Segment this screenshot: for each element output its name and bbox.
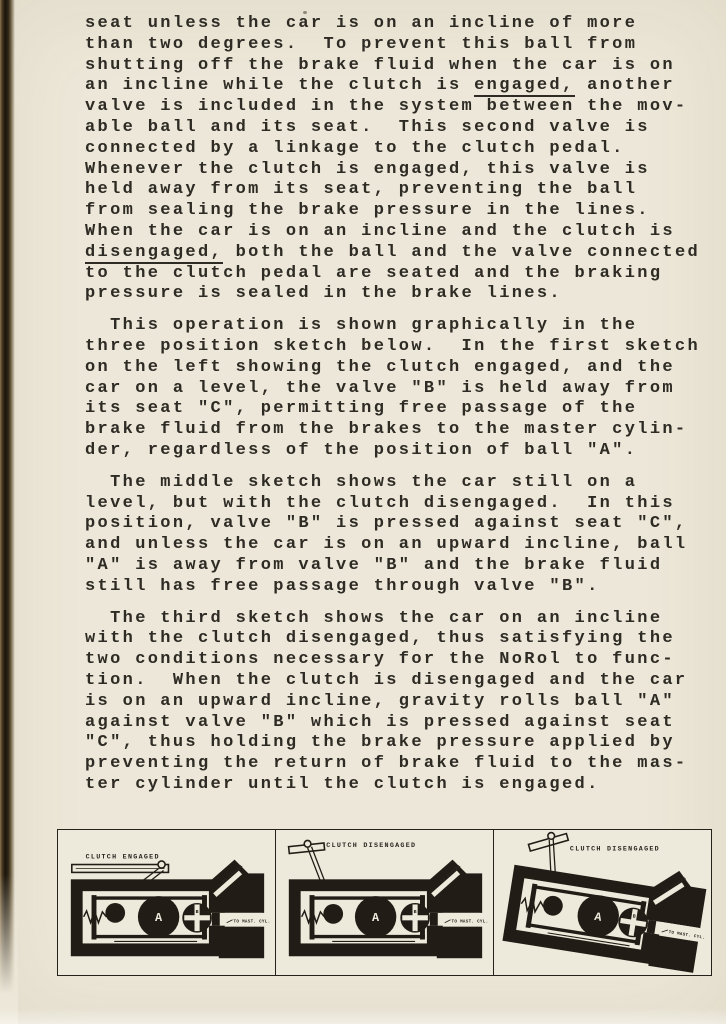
text-line: valve is included in the system between … [85,97,717,118]
text-line: ter cylinder until the clutch is engaged… [85,775,717,796]
paragraph: This operation is shown graphically in t… [85,316,717,462]
text-line: brake fluid from the brakes to the maste… [85,420,717,441]
text-line: on the left showing the clutch engaged, … [85,358,717,379]
panel-caption: CLUTCH ENGAGED [86,854,160,862]
panel-caption: CLUTCH DISENGAGED [570,846,660,854]
text-line: "A" is away from valve "B" and the brake… [85,556,717,577]
text-block: seat unless the car is on an incline of … [85,14,717,807]
svg-text:A: A [155,911,163,925]
to-master-cylinder-label: TO MAST. CYL. [234,920,271,925]
svg-text:B: B [196,909,199,915]
text-line: is on an upward incline, gravity rolls b… [85,692,717,713]
svg-text:A: A [372,911,380,925]
text-line: three position sketch below. In the firs… [85,337,717,358]
svg-text:B: B [414,909,417,915]
binding-edge [0,0,15,1024]
text-line: from sealing the brake pressure in the l… [85,201,717,222]
text-line: "C", thus holding the brake pressure app… [85,733,717,754]
underlined-text: engaged, [474,76,574,97]
text-line: pressure is sealed in the brake lines. [85,284,717,305]
paragraph: The third sketch shows the car on an inc… [85,609,717,796]
text-line: its seat "C", permitting free passage of… [85,399,717,420]
text-line: an incline while the clutch is engaged, … [85,76,717,97]
text-line: than two degrees. To prevent this ball f… [85,35,717,56]
text-line: der, regardless of the position of ball … [85,441,717,462]
text-line: The third sketch shows the car on an inc… [85,609,717,630]
text-line: This operation is shown graphically in t… [85,316,717,337]
text-line: connected by a linkage to the clutch ped… [85,139,717,160]
valve-diagram-disengaged-incline: CLUTCH DISENGAGED [494,830,711,975]
sketch-panel-clutch-disengaged-level: CLUTCH DISENGAGED [275,830,493,975]
text-line: with the clutch disengaged, thus satisfy… [85,629,717,650]
panel-caption: CLUTCH DISENGAGED [326,842,416,850]
text-line: shutting off the brake fluid when the ca… [85,56,717,77]
text-line: preventing the return of brake fluid to … [85,754,717,775]
paragraph: The middle sketch shows the car still on… [85,473,717,598]
text-line: still has free passage through valve "B"… [85,577,717,598]
paragraph: seat unless the car is on an incline of … [85,14,717,305]
ball-a: A [138,896,179,937]
text-line: position, valve "B" is pressed against s… [85,514,717,535]
to-master-cylinder-label: TO MAST. CYL. [452,920,489,925]
text-line: seat unless the car is on an incline of … [85,14,717,35]
text-line: to the clutch pedal are seated and the b… [85,264,717,285]
text-line: The middle sketch shows the car still on… [85,473,717,494]
valve-diagram-disengaged-level: CLUTCH DISENGAGED [276,830,493,975]
text-line: level, but with the clutch disengaged. I… [85,494,717,515]
scanned-manual-page: seat unless the car is on an incline of … [0,0,726,1024]
valve-housing-tilted: A B TO BRAKES TO MAST. CYL. [502,845,711,974]
linkage-ball [105,903,125,923]
text-line: car on a level, the valve "B" is held aw… [85,379,717,400]
linkage-ball [323,904,343,924]
sketch-panel-clutch-engaged: CLUTCH ENGAGED [58,830,275,975]
text-line: two conditions necessary for the NoRol t… [85,650,717,671]
binding-edge-fade [0,874,18,1024]
ball-a: A [355,896,396,937]
sketch-panel-clutch-disengaged-incline: CLUTCH DISENGAGED [493,830,711,975]
three-position-sketch: CLUTCH ENGAGED [57,829,712,976]
valve-b: B [182,903,212,933]
text-line: disengaged, both the ball and the valve … [85,243,717,264]
text-line: tion. When the clutch is disengaged and … [85,671,717,692]
text-line: held away from its seat, preventing the … [85,180,717,201]
text-line: and unless the car is on an upward incli… [85,535,717,556]
valve-b: B [400,903,430,933]
valve-diagram-engaged: CLUTCH ENGAGED [58,830,275,975]
text-line: When the car is on an incline and the cl… [85,222,717,243]
text-line: Whenever the clutch is engaged, this val… [85,160,717,181]
text-line: able ball and its seat. This second valv… [85,118,717,139]
scan-bottom-edge [0,1008,726,1024]
text-line: against valve "B" which is pressed again… [85,713,717,734]
underlined-text: disengaged, [85,243,223,264]
